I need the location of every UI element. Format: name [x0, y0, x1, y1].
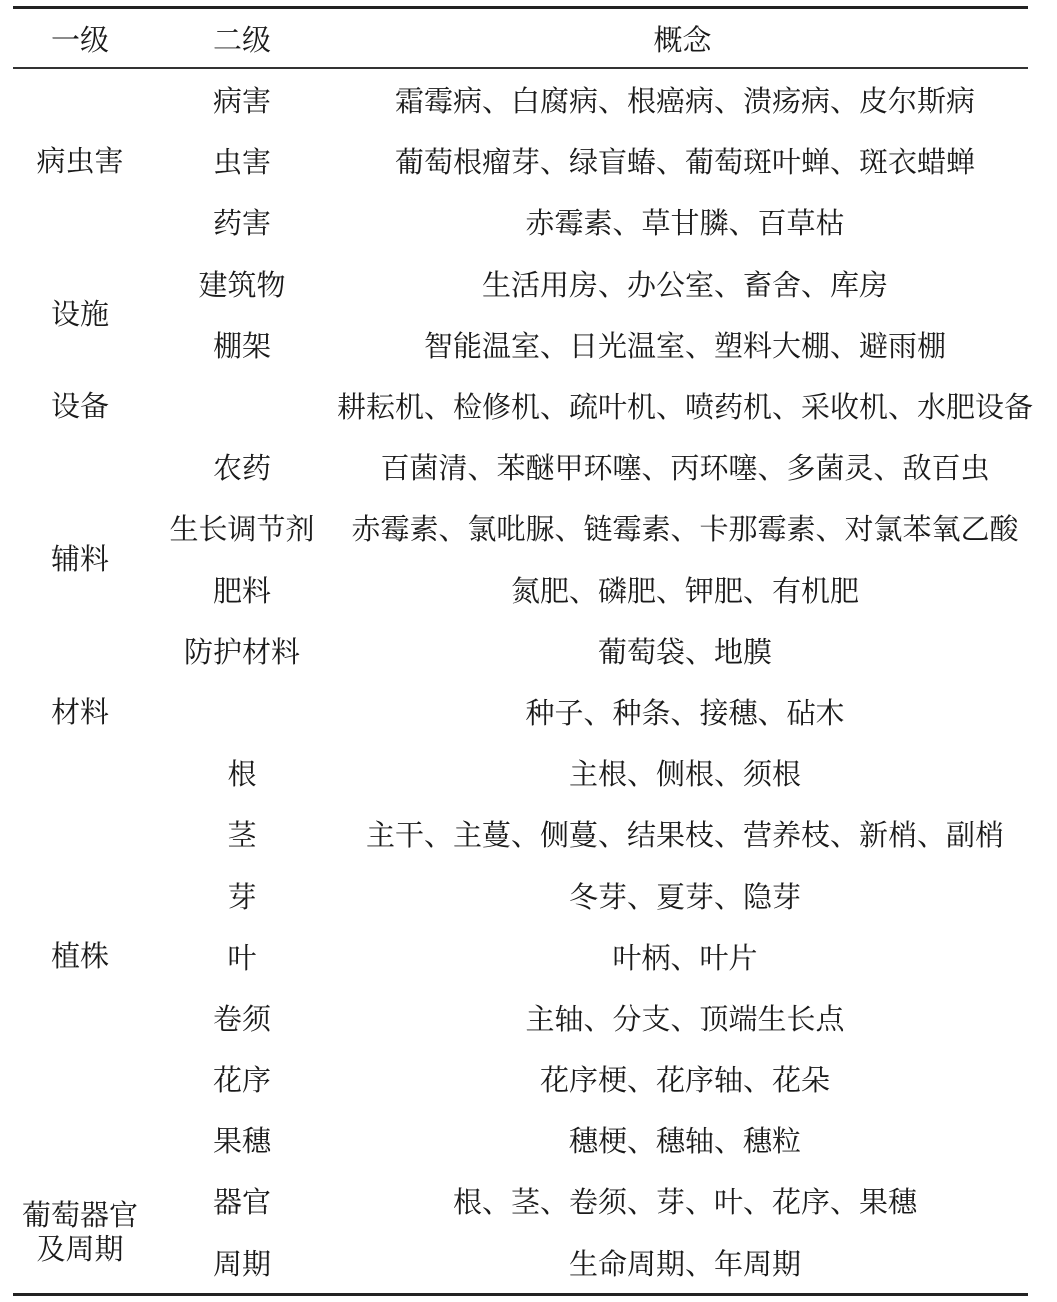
level1-label-equipment: 设备: [13, 389, 147, 423]
level2-cell: 药害: [147, 201, 337, 242]
concept-cell: 冬芽、夏芽、隐芽: [337, 875, 1033, 916]
table-row: 肥料 氮肥、磷肥、钾肥、有机肥: [147, 559, 1033, 620]
level2-cell: 建筑物: [147, 263, 337, 304]
table-row: 叶 叶柄、叶片: [147, 926, 1033, 987]
level2-cell: 虫害: [147, 140, 337, 181]
level1-label-organs-line1: 葡萄器官: [13, 1198, 147, 1232]
level1-label-supplies: 辅料: [13, 542, 147, 576]
concept-cell: 根、茎、卷须、芽、叶、花序、果穗: [337, 1180, 1033, 1221]
concept-cell: 生命周期、年周期: [337, 1242, 1033, 1283]
header-level2: 二级: [147, 18, 337, 59]
level2-cell: 芽: [147, 875, 337, 916]
level2-cell: 周期: [147, 1242, 337, 1283]
table-row: 果穗 穗梗、穗轴、穗粒: [147, 1109, 1033, 1170]
concept-table: 一级 二级 概念 病虫害 设施 设备 辅料 材料 植株 葡萄器官 及周期 病害 …: [13, 6, 1028, 1296]
level2-cell: 器官: [147, 1180, 337, 1221]
concept-cell: 耕耘机、检修机、疏叶机、喷药机、采收机、水肥设备: [337, 385, 1033, 426]
header-level1: 一级: [13, 18, 147, 59]
level1-column: 病虫害 设施 设备 辅料 材料 植株 葡萄器官 及周期: [13, 69, 147, 1293]
table-row: 茎 主干、主蔓、侧蔓、结果枝、营养枝、新梢、副梢: [147, 803, 1033, 864]
concept-cell: 氮肥、磷肥、钾肥、有机肥: [337, 569, 1033, 610]
table-header: 一级 二级 概念: [13, 9, 1028, 67]
level1-label-materials: 材料: [13, 695, 147, 729]
table-row: 种子、种条、接穗、砧木: [147, 681, 1033, 742]
concept-cell: 百菌清、苯醚甲环噻、丙环噻、多菌灵、敌百虫: [337, 446, 1033, 487]
table-row: 周期 生命周期、年周期: [147, 1232, 1033, 1293]
level2-cell: 叶: [147, 936, 337, 977]
level2-cell: 病害: [147, 79, 337, 120]
table-row: 耕耘机、检修机、疏叶机、喷药机、采收机、水肥设备: [147, 375, 1033, 436]
level2-cell: 生长调节剂: [147, 507, 337, 548]
table-row: 建筑物 生活用房、办公室、畜舍、库房: [147, 253, 1033, 314]
level2-cell: 花序: [147, 1058, 337, 1099]
table-row: 虫害 葡萄根瘤芽、绿盲蝽、葡萄斑叶蝉、斑衣蜡蝉: [147, 130, 1033, 191]
concept-cell: 霜霉病、白腐病、根癌病、溃疡病、皮尔斯病: [337, 79, 1033, 120]
level1-label-pests: 病虫害: [13, 144, 147, 178]
concept-cell: 主根、侧根、须根: [337, 752, 1033, 793]
level2-cell: 茎: [147, 813, 337, 854]
level1-label-facilities: 设施: [13, 297, 147, 331]
concept-cell: 花序梗、花序轴、花朵: [337, 1058, 1033, 1099]
level2-cell: 根: [147, 752, 337, 793]
level2-cell: 棚架: [147, 324, 337, 365]
header-concept: 概念: [337, 18, 1028, 59]
table-body: 病虫害 设施 设备 辅料 材料 植株 葡萄器官 及周期 病害 霜霉病、白腐病、根…: [13, 69, 1028, 1293]
bottom-rule: [13, 1293, 1028, 1296]
level1-label-plant: 植株: [13, 939, 147, 973]
table-row: 卷须 主轴、分支、顶端生长点: [147, 987, 1033, 1048]
concept-cell: 赤霉素、氯吡脲、链霉素、卡那霉素、对氯苯氧乙酸: [337, 507, 1033, 548]
concept-cell: 主轴、分支、顶端生长点: [337, 997, 1033, 1038]
table-row: 芽 冬芽、夏芽、隐芽: [147, 864, 1033, 925]
table-row: 药害 赤霉素、草甘膦、百草枯: [147, 191, 1033, 252]
concept-cell: 智能温室、日光温室、塑料大棚、避雨棚: [337, 324, 1033, 365]
table-row: 生长调节剂 赤霉素、氯吡脲、链霉素、卡那霉素、对氯苯氧乙酸: [147, 497, 1033, 558]
concept-cell: 穗梗、穗轴、穗粒: [337, 1119, 1033, 1160]
concept-cell: 葡萄袋、地膜: [337, 630, 1033, 671]
concept-cell: 叶柄、叶片: [337, 936, 1033, 977]
concept-cell: 葡萄根瘤芽、绿盲蝽、葡萄斑叶蝉、斑衣蜡蝉: [337, 140, 1033, 181]
table-row: 农药 百菌清、苯醚甲环噻、丙环噻、多菌灵、敌百虫: [147, 436, 1033, 497]
table-row: 棚架 智能温室、日光温室、塑料大棚、避雨棚: [147, 314, 1033, 375]
concept-cell: 种子、种条、接穗、砧木: [337, 691, 1033, 732]
level2-cell: 防护材料: [147, 630, 337, 671]
level1-label-organs-line2: 及周期: [13, 1232, 147, 1266]
level2-cell: 肥料: [147, 569, 337, 610]
level2-cell: 农药: [147, 446, 337, 487]
level2-cell: 卷须: [147, 997, 337, 1038]
concept-cell: 赤霉素、草甘膦、百草枯: [337, 201, 1033, 242]
concept-cell: 主干、主蔓、侧蔓、结果枝、营养枝、新梢、副梢: [337, 813, 1033, 854]
table-row: 根 主根、侧根、须根: [147, 742, 1033, 803]
table-row: 防护材料 葡萄袋、地膜: [147, 620, 1033, 681]
level1-label-organs-cycle: 葡萄器官 及周期: [13, 1198, 147, 1266]
table-row: 花序 花序梗、花序轴、花朵: [147, 1048, 1033, 1109]
concept-cell: 生活用房、办公室、畜舍、库房: [337, 263, 1033, 304]
rows-column: 病害 霜霉病、白腐病、根癌病、溃疡病、皮尔斯病 虫害 葡萄根瘤芽、绿盲蝽、葡萄斑…: [147, 69, 1033, 1293]
table-row: 器官 根、茎、卷须、芽、叶、花序、果穗: [147, 1170, 1033, 1231]
table-row: 病害 霜霉病、白腐病、根癌病、溃疡病、皮尔斯病: [147, 69, 1033, 130]
level2-cell: 果穗: [147, 1119, 337, 1160]
